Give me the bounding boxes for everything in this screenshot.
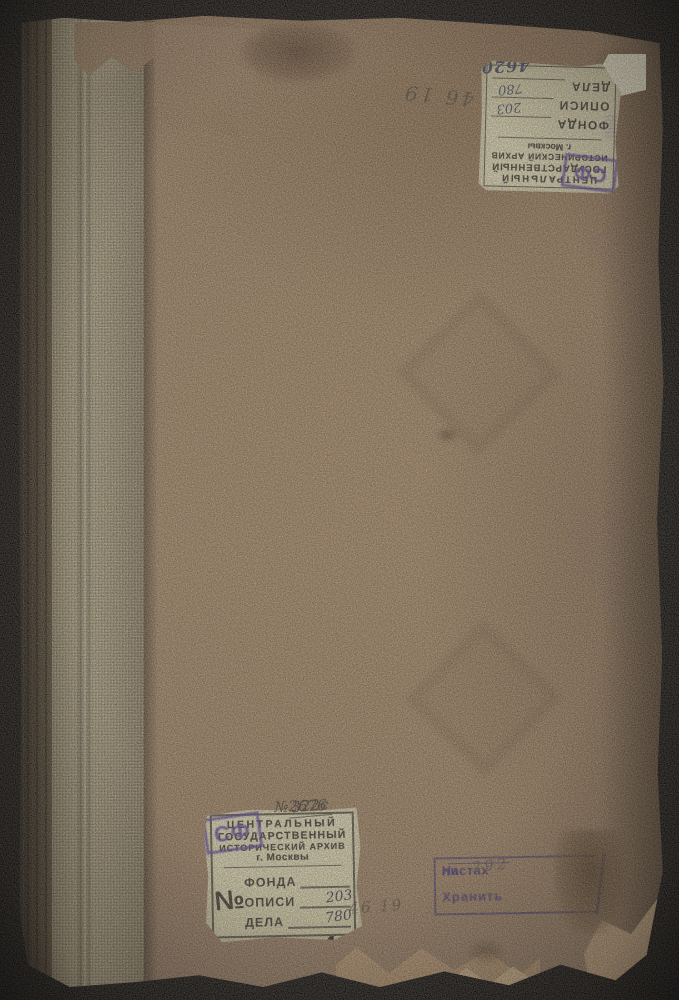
- pencil-annotation-bottom: 46 19: [348, 896, 403, 918]
- row-caption: ОПИСИ: [244, 895, 295, 910]
- label-row-delo: ДЕЛА 4619: [245, 908, 351, 930]
- sheets-count-stamp: Налистах 292 Хранить: [433, 852, 610, 919]
- label-row-fond: ФОНДА 203: [244, 868, 350, 890]
- row-caption: ФОНДА: [244, 875, 297, 890]
- row-caption: ДЕЛА: [570, 80, 610, 95]
- row-fill-line: 4619: [288, 926, 351, 929]
- spine-ridge: [76, 12, 92, 988]
- archival-book-cover-photo: ЦЕНТРАЛЬНЫЙ ГОСУДАРСТВЕННЫЙ ИСТОРИЧЕСКИЙ…: [0, 0, 679, 1000]
- archive-label-bottom: ЦЕНТРАЛЬНЫЙ ГОСУДАРСТВЕННЫЙ ИСТОРИЧЕСКИЙ…: [204, 807, 363, 942]
- cover-spine-shadow: [144, 12, 158, 988]
- row-caption: ОПИСИ: [558, 98, 610, 113]
- label-divider: [498, 137, 602, 141]
- number-sign: №: [212, 869, 247, 931]
- label-row-fond: ФОНДА 203: [491, 115, 609, 137]
- label-org-line: г. Москвы: [214, 851, 352, 865]
- spine-wear-patch: [58, 18, 144, 88]
- book-spine-cloth: [52, 12, 148, 988]
- sf-stamp: СФ: [561, 153, 618, 194]
- stamp-line2: Хранить: [442, 888, 503, 904]
- ink-annotation-code: 322с: [288, 795, 333, 819]
- label-row-opis: ОПИСИ 780: [491, 96, 609, 118]
- archive-label-top: ЦЕНТРАЛЬНЫЙ ГОСУДАРСТВЕННЫЙ ИСТОРИЧЕСКИЙ…: [478, 60, 621, 194]
- label-row-delo: ДЕЛА 4620: [492, 77, 610, 99]
- row-caption: ДЕЛА: [245, 915, 284, 930]
- row-fill-line: 4620: [492, 77, 565, 80]
- row-caption: ФОНДА: [556, 117, 609, 132]
- stamp-vertical-mark: [595, 853, 606, 915]
- label-row-opis: ОПИСИ 780: [244, 888, 350, 910]
